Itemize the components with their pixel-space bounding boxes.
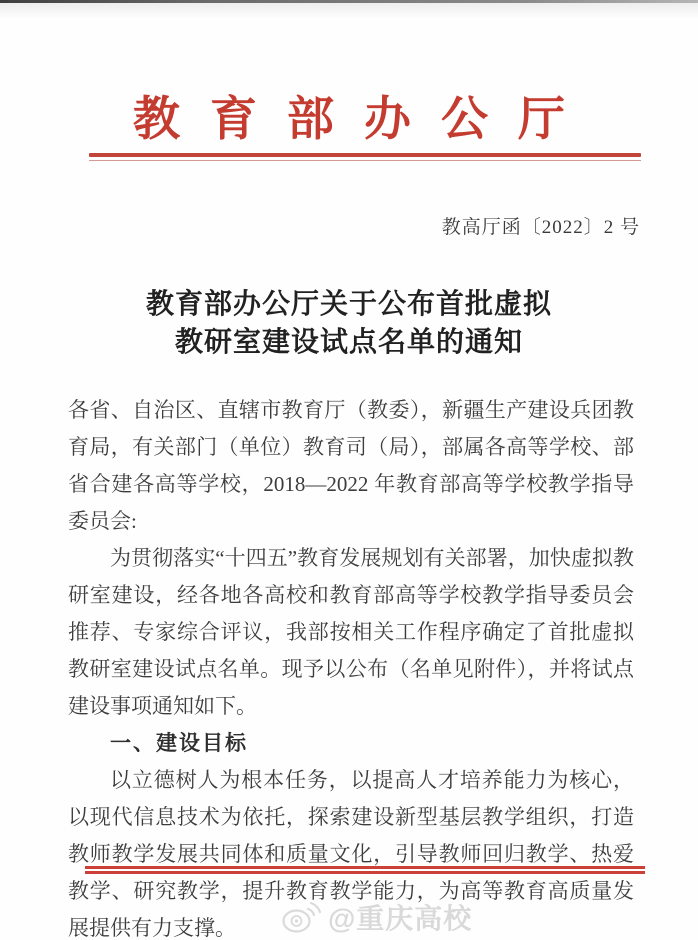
doc-number: 教高厅函〔2022〕2 号 xyxy=(442,212,640,239)
photo-top-shadow xyxy=(0,3,698,19)
letterhead-title: 教育部办公厅 xyxy=(0,82,698,149)
weibo-icon xyxy=(281,900,321,934)
footer-rule xyxy=(85,866,645,874)
salutation-paragraph: 各省、自治区、直辖市教育厅（教委），新疆生产建设兵团教育局，有关部门（单位）教育… xyxy=(68,392,634,540)
doc-body: 各省、自治区、直辖市教育厅（教委），新疆生产建设兵团教育局，有关部门（单位）教育… xyxy=(68,392,634,940)
doc-title: 教育部办公厅关于公布首批虚拟 教研室建设试点名单的通知 xyxy=(0,286,698,362)
section-1-heading: 一、建设目标 xyxy=(68,725,634,762)
letterhead-rule-thin xyxy=(89,160,641,161)
letterhead-rule xyxy=(89,153,641,161)
footer-rule-line-1 xyxy=(85,866,645,869)
doc-title-line-1: 教育部办公厅关于公布首批虚拟 xyxy=(0,286,698,324)
doc-title-line-2: 教研室建设试点名单的通知 xyxy=(0,324,698,362)
intro-paragraph: 为贯彻落实“十四五”教育发展规划有关部署，加快虚拟教研室建设，经各地各高校和教育… xyxy=(68,540,634,725)
footer-rule-line-2 xyxy=(85,871,645,874)
letterhead-rule-thick xyxy=(89,153,641,157)
watermark: @重庆高校 xyxy=(281,897,472,937)
document-photo: 教育部办公厅 教高厅函〔2022〕2 号 教育部办公厅关于公布首批虚拟 教研室建… xyxy=(0,0,698,940)
watermark-handle: @重庆高校 xyxy=(328,897,472,937)
